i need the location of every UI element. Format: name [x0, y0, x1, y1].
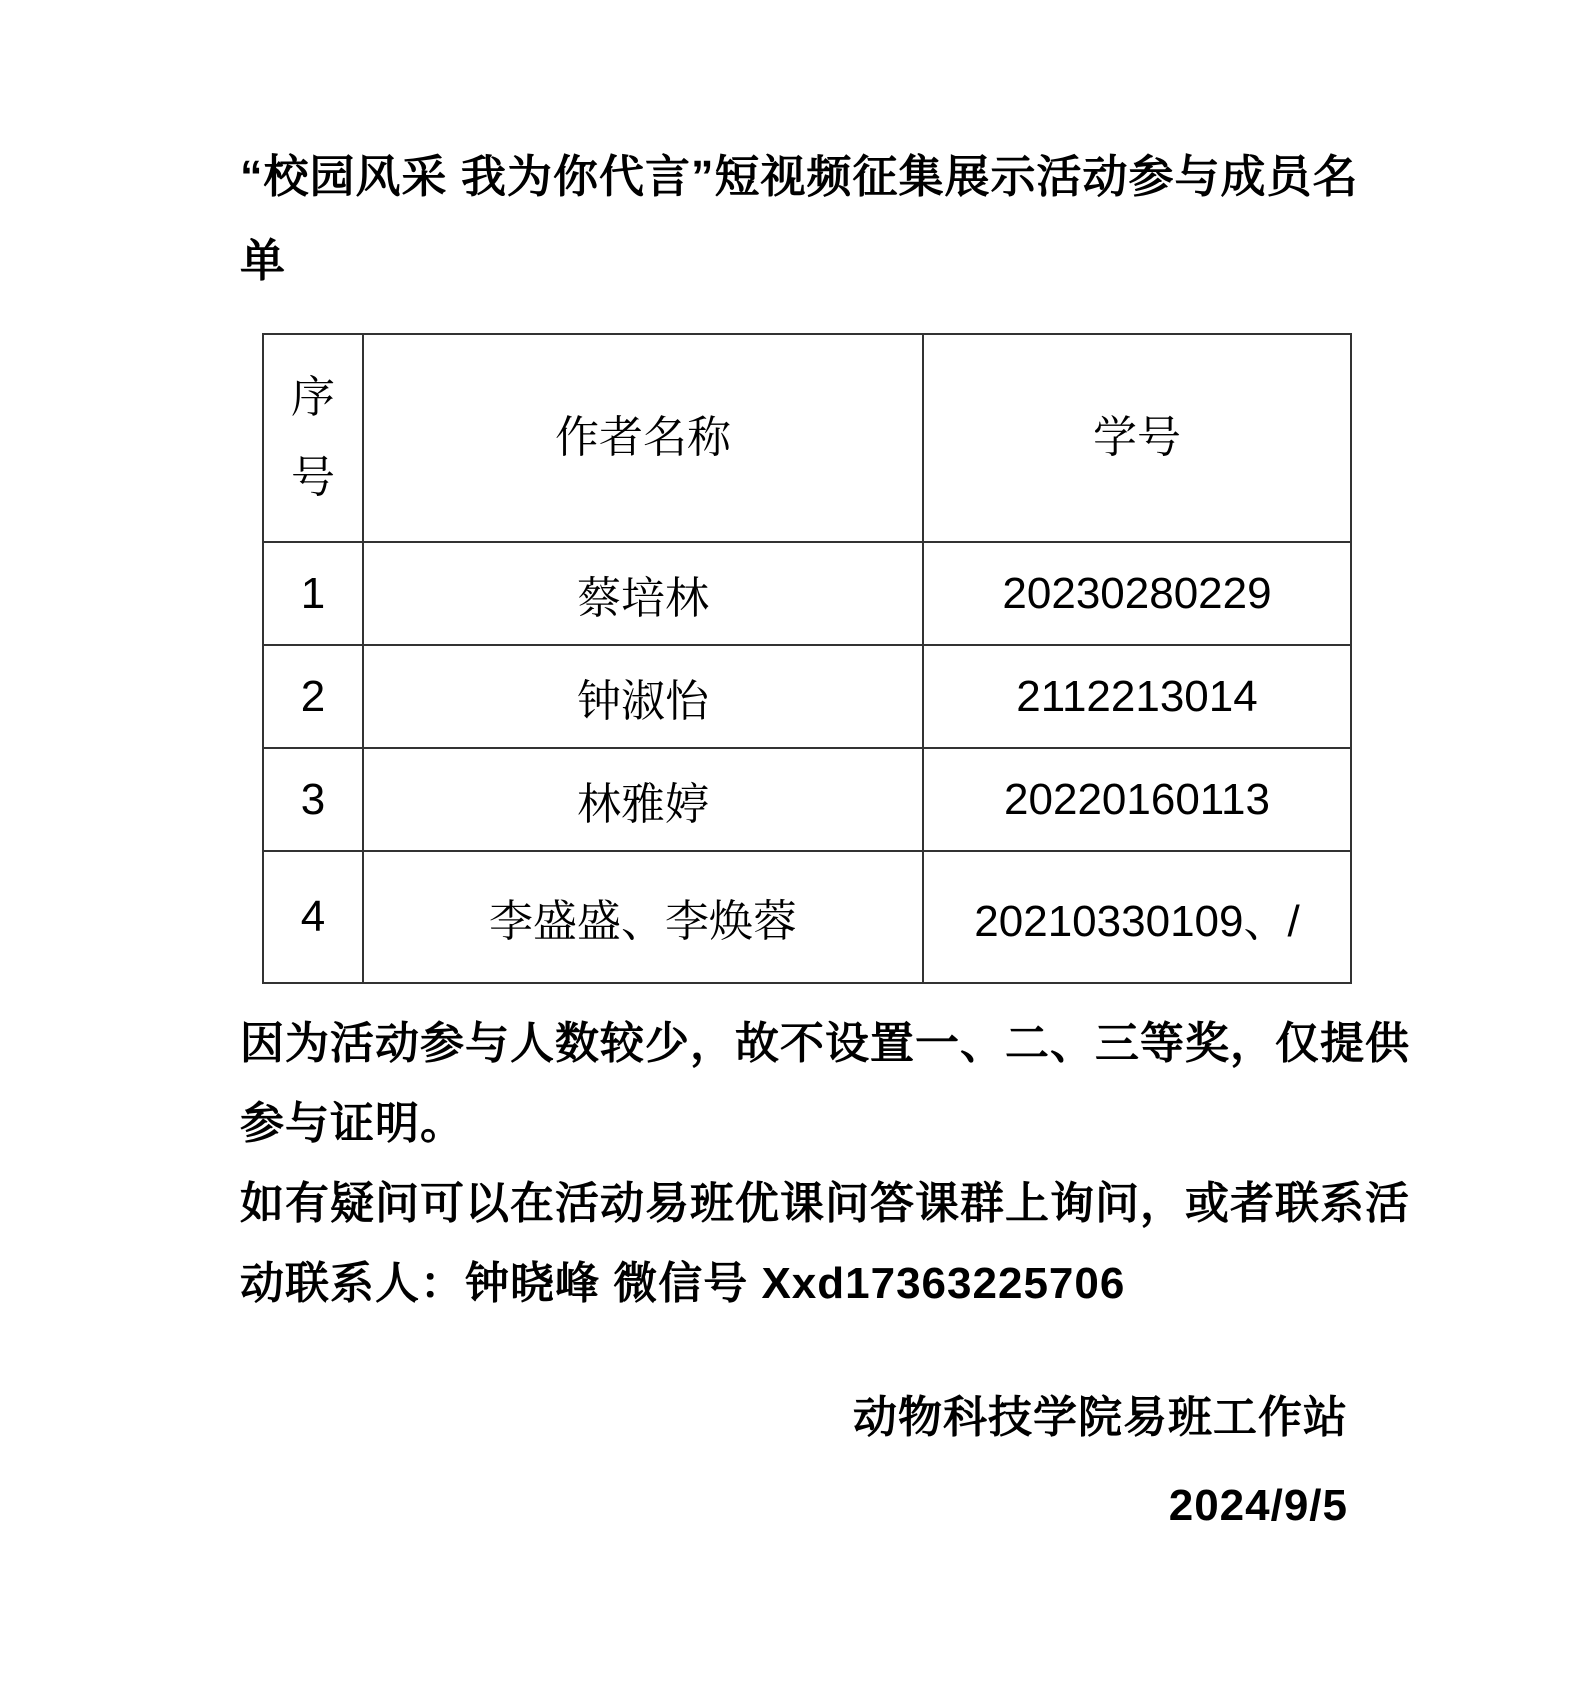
signature-block: 动物科技学院易班工作站 2024/9/5 — [240, 1374, 1360, 1550]
cell-author: 钟淑怡 — [363, 645, 923, 748]
table-row-4: 4 李盛盛、李焕蓉 20210330109、/ — [263, 851, 1351, 983]
title-line-1: “校园风采 我为你代言”短视频征集展示活动参与成员名 — [240, 135, 1360, 219]
header-cell-student-id: 学号 — [923, 334, 1351, 542]
header-index-label: 序号 — [291, 358, 335, 518]
cell-index: 2 — [263, 645, 363, 748]
participants-table: 序号 作者名称 学号 1 蔡培林 20230280229 2 钟淑怡 21122… — [262, 333, 1352, 984]
note-awards-line-1: 因为活动参与人数较少，故不设置一、二、三等奖，仅提供 — [240, 1004, 1360, 1084]
table-row-2: 2 钟淑怡 2112213014 — [263, 645, 1351, 748]
table-row-1: 1 蔡培林 20230280229 — [263, 542, 1351, 645]
signature-organization: 动物科技学院易班工作站 — [240, 1374, 1348, 1462]
note-awards-line-2: 参与证明。 — [240, 1084, 1360, 1164]
document-title: “校园风采 我为你代言”短视频征集展示活动参与成员名 单 — [240, 135, 1360, 303]
cell-author: 林雅婷 — [363, 748, 923, 851]
cell-index: 1 — [263, 542, 363, 645]
note-contact-line-2: 动联系人：钟晓峰 微信号 Xxd17363225706 — [240, 1244, 1360, 1324]
document-page: “校园风采 我为你代言”短视频征集展示活动参与成员名 单 序号 作者名称 学号 … — [0, 0, 1587, 1694]
cell-index: 3 — [263, 748, 363, 851]
header-cell-index: 序号 — [263, 334, 363, 542]
note-contact-line-1: 如有疑问可以在活动易班优课问答课群上询问，或者联系活 — [240, 1164, 1360, 1244]
header-cell-author: 作者名称 — [363, 334, 923, 542]
cell-author: 李盛盛、李焕蓉 — [363, 851, 923, 983]
table-row-3: 3 林雅婷 20220160113 — [263, 748, 1351, 851]
cell-index: 4 — [263, 851, 363, 983]
title-line-2: 单 — [240, 219, 1360, 303]
note-paragraph-contact: 如有疑问可以在活动易班优课问答课群上询问，或者联系活 动联系人：钟晓峰 微信号 … — [240, 1164, 1360, 1324]
signature-date: 2024/9/5 — [240, 1462, 1348, 1550]
cell-student-id: 20220160113 — [923, 748, 1351, 851]
cell-author: 蔡培林 — [363, 542, 923, 645]
cell-student-id: 20210330109、/ — [923, 851, 1351, 983]
table-header-row: 序号 作者名称 学号 — [263, 334, 1351, 542]
cell-student-id: 2112213014 — [923, 645, 1351, 748]
note-paragraph-awards: 因为活动参与人数较少，故不设置一、二、三等奖，仅提供 参与证明。 — [240, 1004, 1360, 1164]
cell-student-id: 20230280229 — [923, 542, 1351, 645]
